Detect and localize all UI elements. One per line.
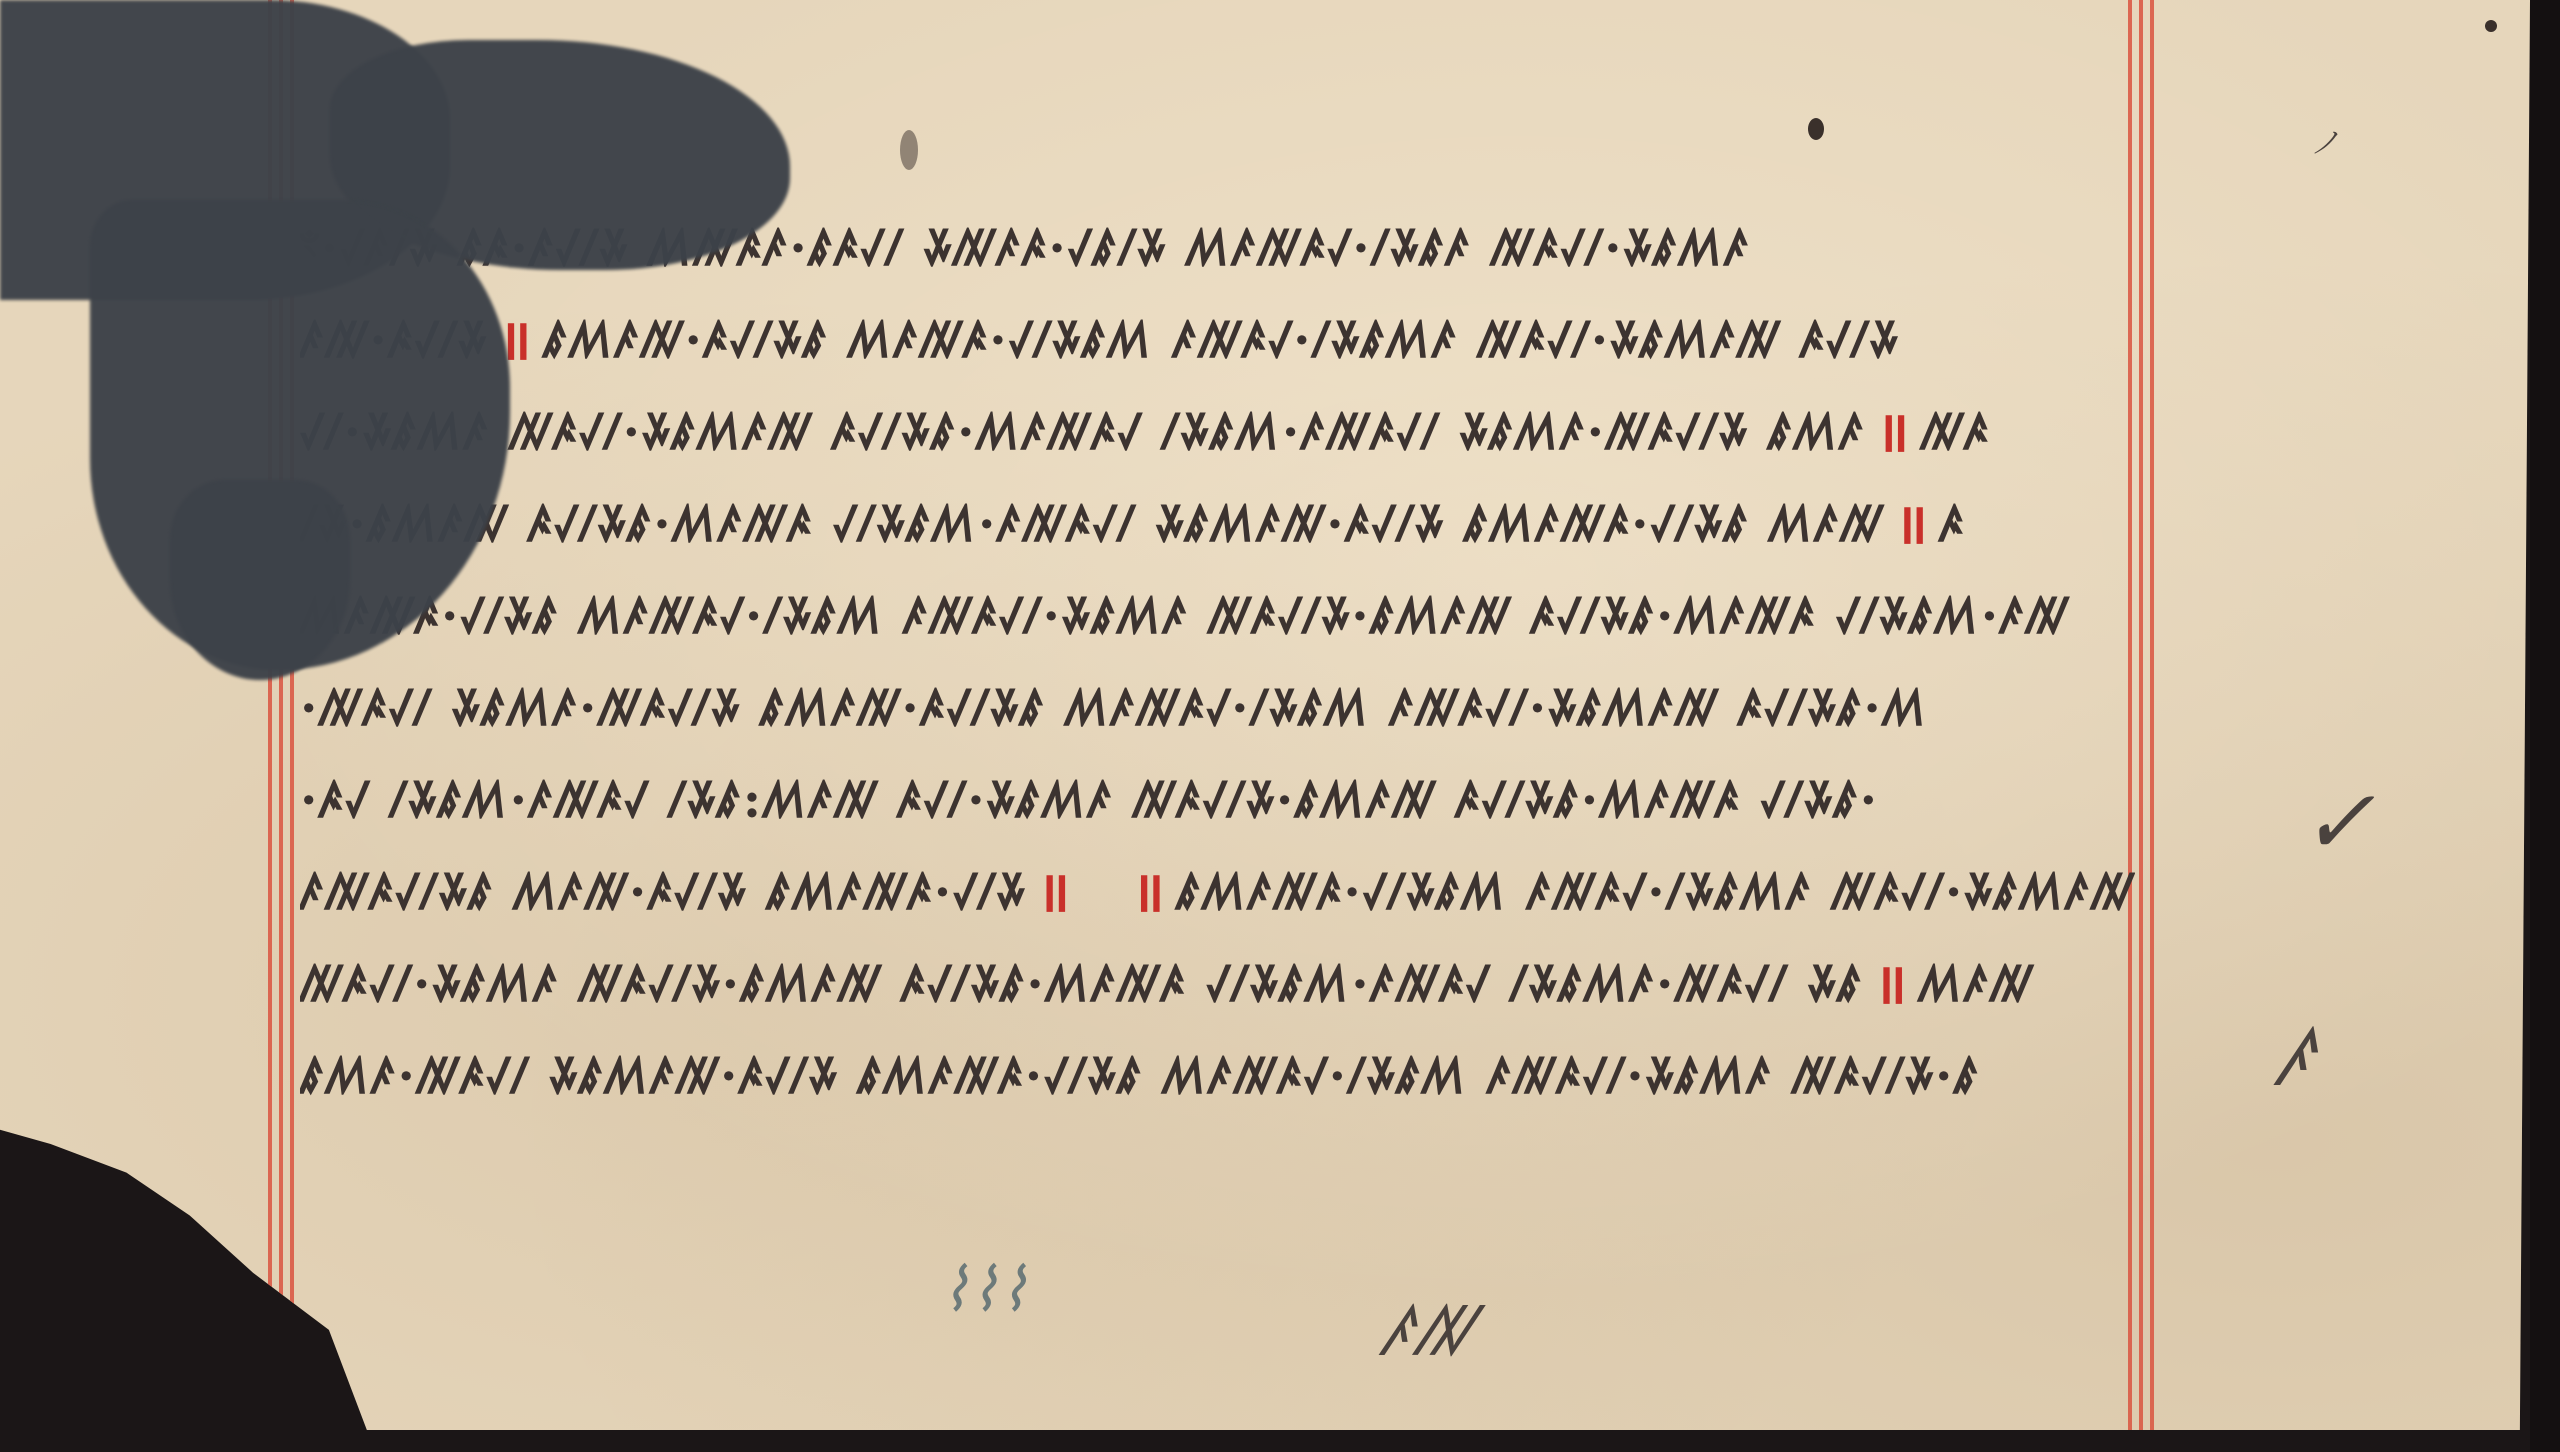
text-line-7: ·ꤴꤶ ꤷꤸꤹꤵ·ꤰꤲꤴꤶ ꤷꤸꤹ:ꤵꤰꤲ ꤴꤶꤷ·ꤸꤹꤵꤰ ꤲꤴꤶꤷꤸ·ꤹꤵꤰ… [300,752,2135,844]
right-margin-note-1: ✓ [2300,770,2375,875]
text-line-3: ꤶꤷ·ꤸꤹꤵꤰ ꤲꤴꤶꤷ·ꤸꤹꤵꤰꤲ ꤴꤶꤷꤸꤹ·ꤵꤰꤲꤴꤶ ꤷꤸꤹꤵ·ꤰꤲꤴꤶ… [300,384,2135,476]
manuscript-folio: ꣳ·ꤶꤰꤷꤸ ꤹꤴ·ꤰꤶꤷꤸ ꤵꤲꤴꤰ·ꤹꤴꤶꤷ ꤸꤲꤰꤴ·ꤶꤹꤷꤸ ꤵꤰꤲꤴꤶ… [0,0,2530,1430]
bottom-margin-scribble: ⌇⌇⌇ [940,1255,1028,1325]
text-line-4: ꤷꤸ·ꤹꤵꤰꤲ ꤴꤶꤷꤸꤹ·ꤵꤰꤲꤴ ꤶꤷꤸꤹꤵ·ꤰꤲꤴꤶꤷ ꤸꤹꤵꤰꤲ·ꤴꤶꤷ… [300,476,2135,568]
text-line-5: ꤵꤰꤲꤴ·ꤶꤷꤸꤹ ꤵꤰꤲꤴꤶ·ꤷꤸꤹꤵ ꤰꤲꤴꤶꤷ·ꤸꤹꤵꤰ ꤲꤴꤶꤷꤸ·ꤹꤵ… [300,568,2135,660]
red-double-danda: ॥ [1131,852,1167,928]
right-margin-note-2: ꤰ [2275,1000,2313,1109]
red-double-danda: ॥ [1876,392,1912,468]
text-block: ꣳ·ꤶꤰꤷꤸ ꤹꤴ·ꤰꤶꤷꤸ ꤵꤲꤴꤰ·ꤹꤴꤶꤷ ꤸꤲꤰꤴ·ꤶꤹꤷꤸ ꤵꤰꤲꤴꤶ… [300,200,2135,1120]
ink-stain [170,480,350,680]
bottom-margin-folio-number: ꤰꤲ [1380,1280,1472,1376]
red-double-danda: ॥ [1894,484,1930,560]
text-line-9: ꤲꤴꤶꤷ·ꤸꤹꤵꤰ ꤲꤴꤶꤷꤸ·ꤹꤵꤰꤲ ꤴꤶꤷꤸꤹ·ꤵꤰꤲꤴ ꤶꤷꤸꤹꤵ·ꤰꤲ… [300,936,2135,1028]
text-line-10: ꤹꤵꤰ·ꤲꤴꤶꤷ ꤸꤹꤵꤰꤲ·ꤴꤶꤷꤸ ꤹꤵꤰꤲꤴ·ꤶꤷꤸꤹ ꤵꤰꤲꤴꤶ·ꤷꤸꤹ… [300,1028,2135,1120]
text-line-8: ꤰꤲꤴꤶꤷꤸꤹ ꤵꤰꤲ·ꤴꤶꤷꤸ ꤹꤵꤰꤲꤴ·ꤶꤷꤸ॥॥ꤹꤵꤰꤲꤴ·ꤶꤷꤸꤹꤵ … [300,844,2135,936]
text-line-6: ·ꤲꤴꤶꤷ ꤸꤹꤵꤰ·ꤲꤴꤶꤷꤸ ꤹꤵꤰꤲ·ꤴꤶꤷꤸꤹ ꤵꤰꤲꤴꤶ·ꤷꤸꤹꤵ ꤰ… [300,660,2135,752]
red-double-danda: ॥ [1873,944,1909,1020]
paper-speck [900,130,918,170]
paper-speck [1808,118,1824,140]
top-right-mark: ノ [2310,118,2340,162]
background-cloth-right [2530,0,2560,1452]
text-line-2: ꤰꤲ·ꤴꤶꤷꤸ॥ꤹꤵꤰꤲ·ꤴꤶꤷꤸꤹ ꤵꤰꤲꤴ·ꤶꤷꤸꤹꤵ ꤰꤲꤴꤶ·ꤷꤸꤹꤵꤰ… [300,292,2135,384]
red-double-danda: ॥ [1036,852,1072,928]
paper-speck [2485,20,2497,32]
